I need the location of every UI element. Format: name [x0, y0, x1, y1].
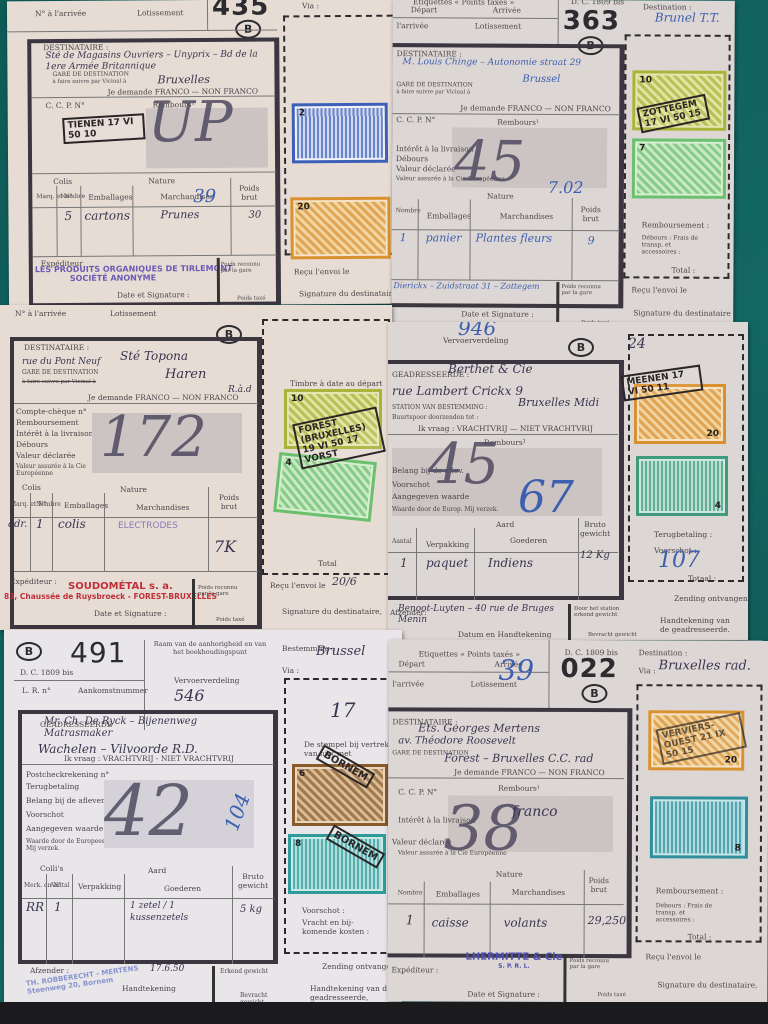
lot-label: Lotissement	[475, 22, 521, 31]
sender-rubber-stamp: LES PRODUITS ORGANIQUES DE TIRLEMONT SOC…	[35, 264, 233, 283]
weight-label: Poids brut	[234, 184, 264, 202]
count-label: Nombre	[398, 889, 423, 896]
packing-label: Emballages	[88, 193, 132, 202]
goods-handwriting: Plantes fleurs	[476, 232, 553, 245]
top-blue-handwriting: 39	[498, 654, 534, 687]
weight-label: Bruto gewicht	[238, 872, 268, 890]
packing-label: Emballages	[436, 890, 480, 899]
ccp-label: C. C. P. N°	[398, 787, 437, 796]
lot-label: Lotissement	[110, 309, 156, 318]
freight-label: Vracht en bij-komende kosten :	[302, 918, 382, 936]
form-number: 022	[560, 654, 617, 684]
recipient-handwriting: Sté Topona	[120, 349, 188, 363]
sender-stamp-line1: LHERMITTE & Cie	[466, 952, 563, 963]
vicinal-label: à faire suivre par Vicinal à	[22, 379, 96, 385]
recipient-handwriting: Mr. Ch. De Ryck – Bijenenweg Matrasmaker	[44, 716, 264, 740]
waybill-022: Etiquettes « Points taxés » Départ Arriv…	[387, 639, 768, 1002]
weight-recognized-label: Door het station erkend gewicht	[574, 606, 624, 618]
arrival-label: N° à l'arrivée	[15, 309, 66, 318]
count-handwriting: 5	[64, 209, 72, 223]
waybill-meenen: 946 Vervoerverdeling B GEADRESSEERDE : B…	[388, 322, 748, 640]
via-label: Via :	[302, 1, 319, 10]
side-handwriting: 17	[330, 698, 355, 722]
cod-label: Terugbetaling	[26, 782, 79, 791]
recipient-label: DESTINATAIRE :	[24, 343, 89, 352]
weight-taxed-label: Poids taxé	[237, 296, 266, 302]
date-signature-label: Date et Signature :	[94, 609, 167, 618]
sncb-logo-icon: B	[581, 684, 607, 703]
weight-recognized-label: Poids reconnu par la gare	[198, 585, 248, 597]
amount-note-handwriting: franco	[512, 804, 558, 820]
amount-handwriting: 45	[454, 129, 526, 194]
count-handwriting: 1	[36, 517, 44, 531]
declared-label: Valeur déclarée	[392, 837, 452, 846]
total-label: Total :	[688, 932, 712, 941]
declared-label: Valeur déclarée	[16, 451, 76, 460]
sender-handwriting: Dierickx – Zuidstraat 31 – Zottegem	[393, 281, 539, 291]
top-handwriting: 546	[174, 686, 205, 705]
weight-recognized-label: Poids reconnu par la gare	[221, 262, 271, 274]
date-signature-label: Date et Signature :	[467, 990, 540, 999]
insured-label: Waarde door de Europ. Mij verzek.	[392, 506, 498, 513]
goods-label: Goederen	[164, 884, 201, 893]
franco-label: Je demande FRANCO — NON FRANCO	[88, 393, 238, 402]
packing-handwriting: paquet	[426, 556, 468, 570]
refund-label: Terugbetaling :	[654, 530, 712, 539]
via-label: Via :	[639, 666, 656, 675]
ccp-label: C. C. P. N°	[46, 101, 85, 110]
received-label: Reçu l'envoi le	[631, 285, 687, 294]
interest-label: Intérêt à la livraison	[16, 429, 93, 438]
destination-handwriting: Brussel	[316, 644, 365, 659]
arrival-label: N° à l'arrivée	[35, 9, 86, 18]
costs-label: Débours : Frais de transp. et accessoire…	[656, 902, 716, 923]
waybill-435: N° à l'arrivée Lotissement 435 B Via : D…	[7, 0, 401, 306]
costs-label: Débours : Frais de transp. et accessoire…	[642, 234, 702, 255]
amount-blue-handwriting: 7.02	[548, 178, 584, 197]
ccp-label: C. C. P. N°	[396, 115, 435, 124]
recipient-handwriting: Sté de Magasins Ouvriers – Unyprix – Bd …	[45, 50, 270, 74]
tienen-postmark: TIENEN 17 VI 50 10	[62, 113, 145, 144]
goods-handwriting: volants	[504, 916, 548, 930]
nature-label: Nature	[496, 870, 523, 879]
forward-label: Buurtspoor doorzenden tot :	[392, 414, 478, 421]
arrival-label: l'arrivée	[397, 21, 429, 30]
amount-handwriting: 45	[428, 432, 499, 497]
signature-label: Signature du destinataire,	[657, 980, 757, 989]
total-label: Totaal :	[688, 574, 716, 583]
timbre-label: Timbre à date au départ	[290, 379, 382, 388]
weight-taxed-label: Bevracht gewicht	[588, 632, 637, 638]
franco-label: Je demande FRANCO — NON FRANCO	[460, 103, 611, 113]
shipping-label: Vervoerverdeling	[443, 336, 508, 345]
train-stamp-4f: 4	[636, 456, 728, 516]
train-stamp-8f: 8	[650, 796, 748, 858]
debours-label: Débours	[16, 440, 48, 449]
weight-taxed-label: Poids taxé	[216, 617, 245, 623]
form-number: 491	[70, 636, 126, 669]
station-handwriting: Haren	[165, 367, 206, 382]
arrival-label: l'arrivée	[392, 679, 424, 688]
station-handwriting: Bruxelles Midi	[518, 396, 599, 409]
electrodes-goods-stamp: ELECTRODES	[118, 521, 178, 531]
recipient-handwriting: Ets. Georges Mertens	[418, 721, 540, 734]
colis-label: Colis	[22, 483, 41, 492]
advance2-label: Voorschot :	[302, 906, 345, 915]
shipping-label: Vervoerverdeling	[174, 676, 239, 685]
total-label: Total	[318, 559, 337, 568]
count-label: Aantal	[50, 882, 70, 889]
form-number: 363	[563, 6, 620, 36]
date-signature-label: Datum en Handtekening	[458, 630, 551, 639]
station-label: GARE DE DESTINATION	[396, 81, 473, 88]
goods-label: Goederen	[510, 536, 547, 545]
bottom-shadow	[0, 1002, 768, 1024]
weight-taxed-label: Poids taxé	[597, 992, 626, 998]
destination-label: Destination :	[639, 648, 688, 657]
nature-label: Nature	[148, 176, 175, 185]
received-label: Reçu l'envoi le	[646, 952, 702, 961]
destination-handwriting: Brunel T.T.	[655, 10, 720, 24]
packing-label: Verpakking	[78, 882, 121, 891]
received-label: Zending ontvangen	[322, 962, 396, 971]
signature-label: Signature du destinataire,	[282, 607, 382, 616]
waybill-491: B 491 D. C. 1809 bis L. R. n° Aankomstnu…	[4, 630, 402, 1008]
signature-label: Signature du destinataire	[633, 308, 731, 318]
arrival-num-label: Aankomstnummer	[78, 686, 148, 695]
sender-label: Expéditeur :	[391, 965, 438, 974]
signature-label: Handtekening van de geadresseerde.	[660, 616, 740, 634]
station-label: STATION VAN BESTEMMING :	[392, 404, 488, 411]
packing-handwriting: caisse	[432, 915, 469, 929]
dc-label: D. C. 1809 bis	[20, 668, 73, 677]
weight-handwriting: 5 kg	[240, 904, 262, 915]
insured-label: Waarde door de Europeesche Mij verzek.	[26, 838, 116, 852]
refund-label: Remboursement :	[642, 220, 710, 229]
amount-handwriting: 172	[100, 405, 207, 470]
via-label: Via :	[282, 666, 299, 675]
lot-label: Lotissement	[137, 8, 184, 17]
sncb-logo-icon: B	[16, 642, 42, 661]
weight-recognized-label: Poids reconnu par la gare	[569, 958, 619, 970]
weight-handwriting: 7K	[214, 537, 236, 556]
advance-label: Voorschot	[26, 810, 64, 819]
vicinal-label: à faire suivre par Vicinal à	[396, 89, 470, 95]
received-label: Reçu l'envoi le	[270, 581, 326, 590]
franco-label: Je demande FRANCO — NON FRANCO	[454, 768, 604, 778]
packing-label: Emballages	[427, 211, 471, 220]
recipient-handwriting: Berthet & Cie	[448, 362, 533, 376]
date-signature-label: Date et Signature :	[461, 309, 534, 318]
packing-handwriting: panier	[426, 231, 462, 244]
account-label: Compte-chèque n°	[16, 407, 87, 416]
sender-stamp-line2: 83, Chaussée de Ruysbroeck - FOREST-BRUX…	[4, 592, 217, 601]
station-label: GARE DE DESTINATION	[22, 369, 99, 376]
arrive-label: Arrivée	[493, 6, 521, 15]
colis-label: Colli's	[40, 864, 63, 873]
weight-recognized-label: Poids reconnu par la gare	[561, 284, 611, 296]
colis-label: Colis	[53, 177, 72, 186]
weight-handwriting: 29,250	[588, 914, 627, 927]
train-stamp-20f: 20	[290, 197, 390, 260]
nature-label: Nature	[120, 485, 147, 494]
nature-label: Nature	[487, 192, 514, 201]
received-handwriting: 20/6	[332, 575, 357, 588]
weight-handwriting: 9	[588, 234, 595, 247]
goods-handwriting: Prunes	[160, 208, 199, 221]
insured-label: Valeur assurée à la Cie Européenne	[16, 463, 96, 477]
declared-label: Aangegeven waarde	[26, 824, 103, 833]
weight-label: Poids brut	[576, 205, 606, 223]
cod-label: Rembours¹	[497, 118, 539, 127]
station-handwriting: Forest – Bruxelles C.C. rad	[444, 752, 593, 766]
date-signature-label: Date et Signature :	[117, 290, 190, 300]
depart-label: Départ	[399, 659, 425, 668]
street-handwriting: av. Théodore Roosevelt	[398, 735, 516, 746]
marks-handwriting: RR	[26, 900, 44, 914]
franco-label: Ik vraag : VRACHTVRIJ - NIET VRACHTVRIJ	[64, 754, 234, 763]
vicinal-label: à faire suivre par Vicinal à	[52, 79, 126, 86]
total-label: Total :	[671, 266, 695, 275]
station-label: GARE DE DESTINATION	[52, 71, 129, 79]
street-handwriting: rue du Pont Neuf	[22, 357, 100, 367]
sender-rubber-stamp: SOUDOMÉTAL s. a. 83, Chaussée de Ruysbro…	[4, 581, 217, 601]
received-label: Zending ontvangen	[674, 594, 748, 603]
sender-rubber-stamp: LHERMITTE & Cie S. P. R. L.	[465, 952, 562, 970]
count-handwriting: 1	[400, 556, 408, 570]
signature-short-label: Handtekening	[122, 984, 176, 993]
sender-stamp-line2: SOCIÉTÉ ANONYME	[70, 273, 233, 283]
refund-label: Remboursement :	[656, 886, 724, 895]
count-handwriting: 1	[400, 231, 407, 244]
weight-recognized-label: Erkend gewicht	[220, 968, 268, 975]
nature-label: Aard	[148, 866, 166, 875]
total-blue-handwriting: 107	[658, 548, 700, 573]
cod-label: Remboursement	[16, 418, 79, 427]
weight-label: Poids brut	[584, 876, 614, 894]
goods-label: Marchandises	[512, 888, 565, 897]
recipient-handwriting: M. Louis Chinge – Autonomie straat 29	[403, 57, 603, 69]
weight-handwriting: 12 Kg	[580, 550, 610, 561]
waybill-363: Etiquettes « Points taxés » Départ Arriv…	[391, 0, 735, 331]
count-label: Nombre	[36, 501, 61, 508]
frame-label: Raam van de aanhorigheid en van het boek…	[152, 640, 268, 656]
nature-label: Aard	[496, 520, 514, 529]
goods-blue-handwriting: 39	[193, 186, 216, 207]
side-handwriting: 24	[628, 336, 646, 352]
amount-blue-handwriting: 67	[518, 472, 574, 523]
goods-label: Marchandises	[136, 503, 189, 512]
amount-handwriting: 42	[104, 770, 193, 852]
account-label: Postcheckrekening n°	[26, 770, 109, 779]
packing-label: Verpakking	[426, 540, 469, 549]
count-label: Nombre	[60, 193, 85, 200]
packing-handwriting: cartons	[84, 209, 130, 223]
station-handwriting: Bruxelles	[157, 73, 209, 86]
amount-handwriting: UP	[148, 90, 233, 156]
interest-label: Belang bij de aflever.	[26, 796, 106, 805]
packing-label: Emballages	[64, 501, 108, 510]
depart-label: Départ	[411, 5, 437, 14]
form-number: 435	[212, 0, 269, 22]
marks-handwriting: adr.	[8, 519, 27, 530]
sncb-logo-icon: B	[568, 338, 594, 357]
goods-label: Marchandises	[500, 212, 553, 221]
station-handwriting: Brussel	[522, 74, 560, 85]
sender-stamp-line2: S. P. R. L.	[465, 963, 562, 970]
train-stamp-2f: 2	[292, 103, 388, 164]
count-handwriting: 1	[54, 900, 62, 914]
weight-label: Poids brut	[214, 493, 244, 511]
count-label: Aantal	[392, 538, 412, 545]
weight-handwriting: 30	[248, 210, 261, 221]
received-label: Reçu l'envoi le	[294, 267, 350, 276]
sender-handwriting: Benoot-Luyten – 40 rue de Bruges Menin	[398, 604, 568, 626]
waybill-soudometal: N° à l'arrivée Lotissement B DESTINATAIR…	[0, 305, 392, 630]
advance-label: Voorschot	[392, 480, 430, 489]
goods-handwriting: Indiens	[488, 556, 533, 570]
amount-handwriting: 38	[444, 792, 523, 865]
train-stamp-7f: 7	[632, 138, 726, 198]
declared-label: Valeur déclarée	[396, 164, 456, 173]
packing-handwriting: colis	[58, 517, 86, 531]
signature-label: Signature du destinataire	[299, 289, 397, 299]
street-handwriting: rue Lambert Crickx 9	[392, 384, 523, 398]
via-handwriting: Bruxelles rad.	[659, 658, 751, 673]
lr-label: L. R. n°	[22, 686, 51, 695]
count-handwriting: 1	[406, 913, 414, 928]
date-handwriting: 17.6.50	[150, 964, 184, 974]
weight-label: Bruto gewicht	[580, 520, 610, 538]
debours-label: Débours	[396, 154, 428, 163]
goods-handwriting: 1 zetel / 1 kussenzetels	[130, 900, 230, 924]
